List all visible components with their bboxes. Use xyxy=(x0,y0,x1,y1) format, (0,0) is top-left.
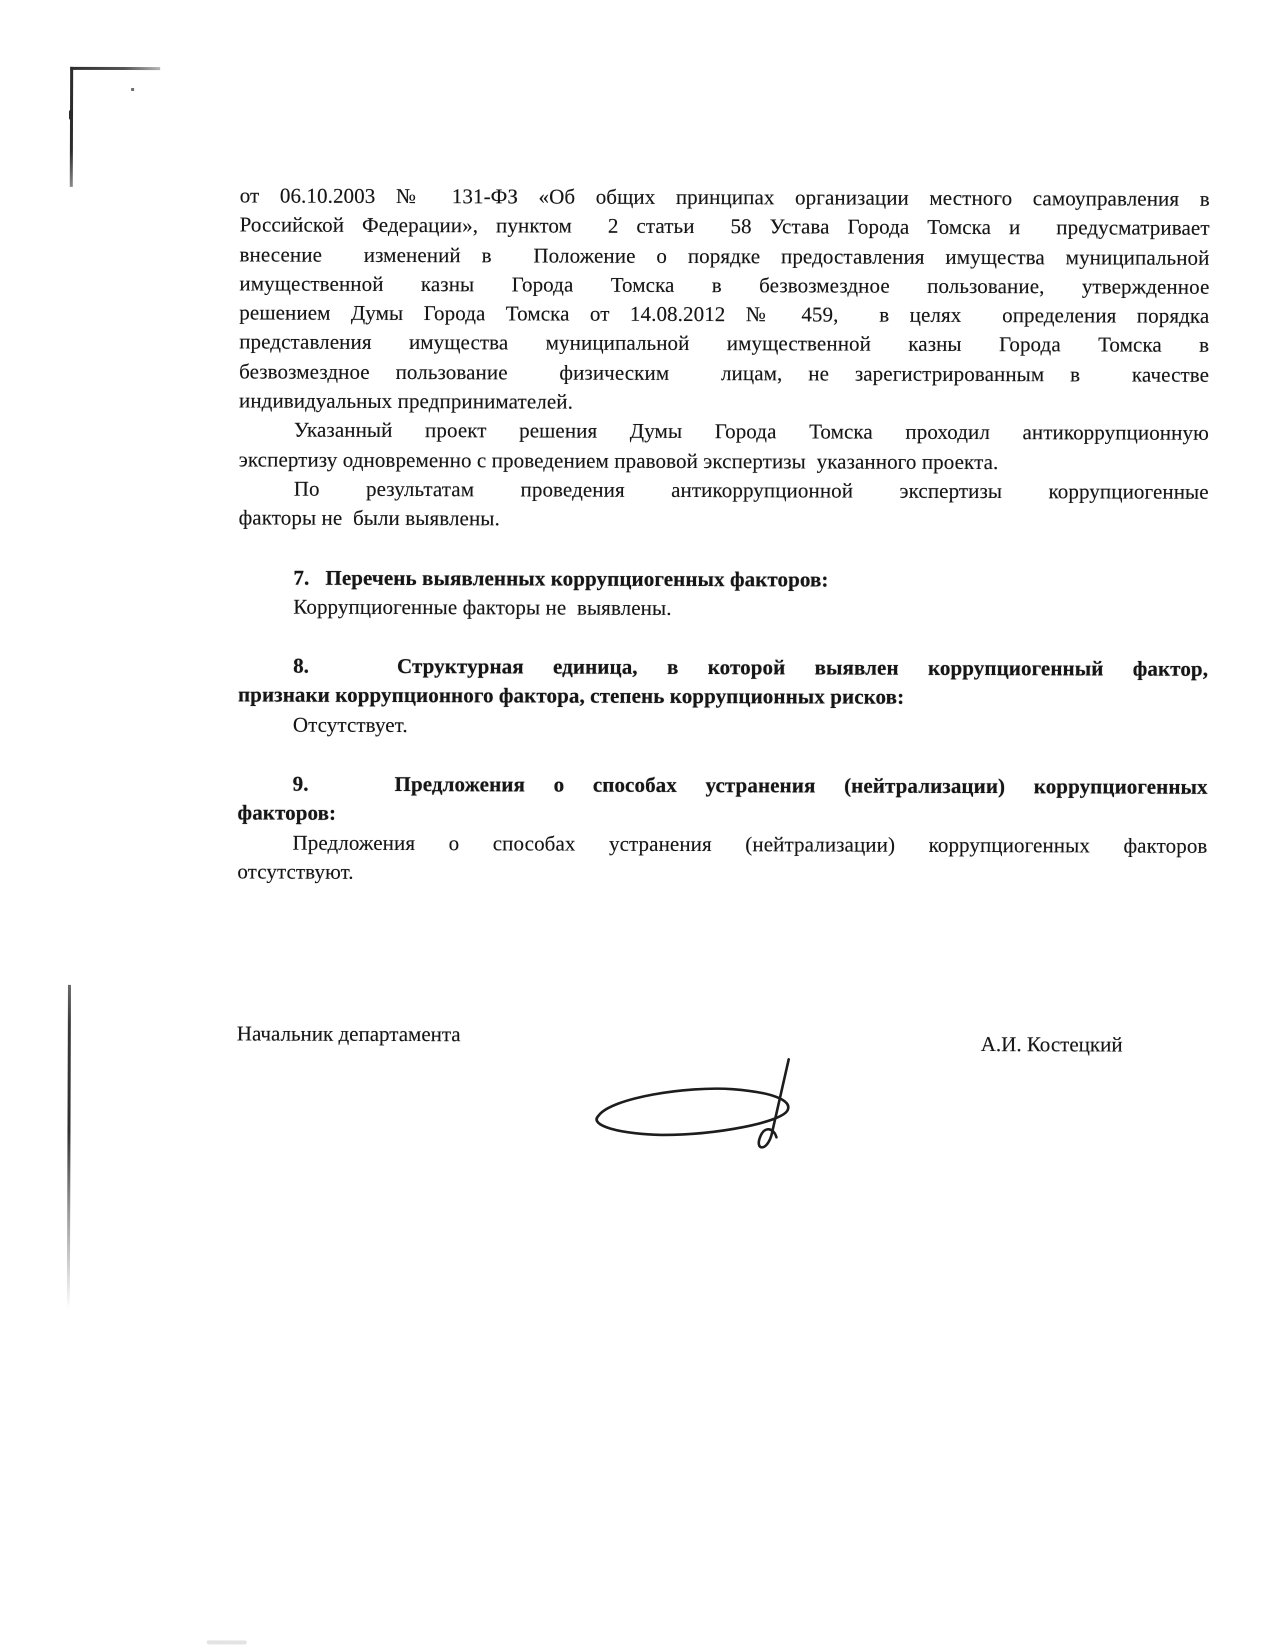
document-text: от 06.10.2003 № 131-ФЗ «Об общих принцип… xyxy=(237,181,1209,890)
expertise-paragraph: Указанный проект решения Думы Города Том… xyxy=(239,416,1209,478)
text-line: Предложения о способах устранения (нейтр… xyxy=(237,828,1207,861)
text-line: Российской Федерации», пунктом 2 статьи … xyxy=(240,211,1210,244)
text-line: 7. Перечень выявленных коррупциогенных ф… xyxy=(238,563,1208,596)
position-title-label: Начальник департамента xyxy=(237,1021,461,1047)
document-content: от 06.10.2003 № 131-ФЗ «Об общих принцип… xyxy=(0,0,1275,1650)
section-8-heading: 8. Структурная единица, в которой выявле… xyxy=(238,652,1208,714)
text-line: По результатам проведения антикоррупцион… xyxy=(239,474,1209,507)
signer-name-label: А.И. Костецкий xyxy=(981,1032,1123,1057)
text-line: от 06.10.2003 № 131-ФЗ «Об общих принцип… xyxy=(240,181,1210,214)
text-line: безвозмездное пользование физическим лиц… xyxy=(239,357,1209,390)
section-9-body: Предложения о способах устранения (нейтр… xyxy=(237,828,1207,890)
text-line: решением Думы Города Томска от 14.08.201… xyxy=(239,299,1209,332)
intro-paragraph: от 06.10.2003 № 131-ФЗ «Об общих принцип… xyxy=(239,181,1210,419)
text-line: Коррупциогенные факторы не выявлены. xyxy=(238,592,1208,625)
text-line: признаки коррупционного фактора, степень… xyxy=(238,681,1208,714)
section-7-body: Коррупциогенные факторы не выявлены. xyxy=(238,592,1208,625)
section-9-heading: 9. Предложения о способах устранения (не… xyxy=(238,769,1208,831)
section-7-heading: 7. Перечень выявленных коррупциогенных ф… xyxy=(238,563,1208,596)
scan-speck xyxy=(131,88,134,91)
text-line: факторов: xyxy=(238,799,1208,832)
text-line: представления имущества муниципальной им… xyxy=(239,328,1209,361)
scan-corner-mark-horizontal xyxy=(70,67,160,70)
scan-page-edge-line xyxy=(67,985,71,1310)
text-line: Указанный проект решения Думы Города Том… xyxy=(239,416,1209,449)
text-line: Отсутствует. xyxy=(238,710,1208,743)
text-line: факторы не были выявлены. xyxy=(239,504,1209,537)
section-8-body: Отсутствует. xyxy=(238,710,1208,743)
text-line: экспертизу одновременно с проведением пр… xyxy=(239,445,1209,478)
scanned-document-page: от 06.10.2003 № 131-ФЗ «Об общих принцип… xyxy=(0,0,1275,1650)
scan-corner-mark-vertical xyxy=(70,67,73,187)
text-line: 8. Структурная единица, в которой выявле… xyxy=(238,652,1208,685)
scan-bottom-smudge xyxy=(207,1640,247,1644)
text-line: имущественной казны Города Томска в безв… xyxy=(239,269,1209,302)
text-line: внесение изменений в Положение о порядке… xyxy=(239,240,1209,273)
text-line: отсутствуют. xyxy=(237,857,1207,890)
results-paragraph: По результатам проведения антикоррупцион… xyxy=(239,474,1209,536)
handwritten-signature xyxy=(566,1042,816,1163)
text-line: 9. Предложения о способах устранения (не… xyxy=(238,769,1208,802)
text-line: индивидуальных предпринимателей. xyxy=(239,386,1209,419)
scan-ink-blob xyxy=(69,110,73,120)
